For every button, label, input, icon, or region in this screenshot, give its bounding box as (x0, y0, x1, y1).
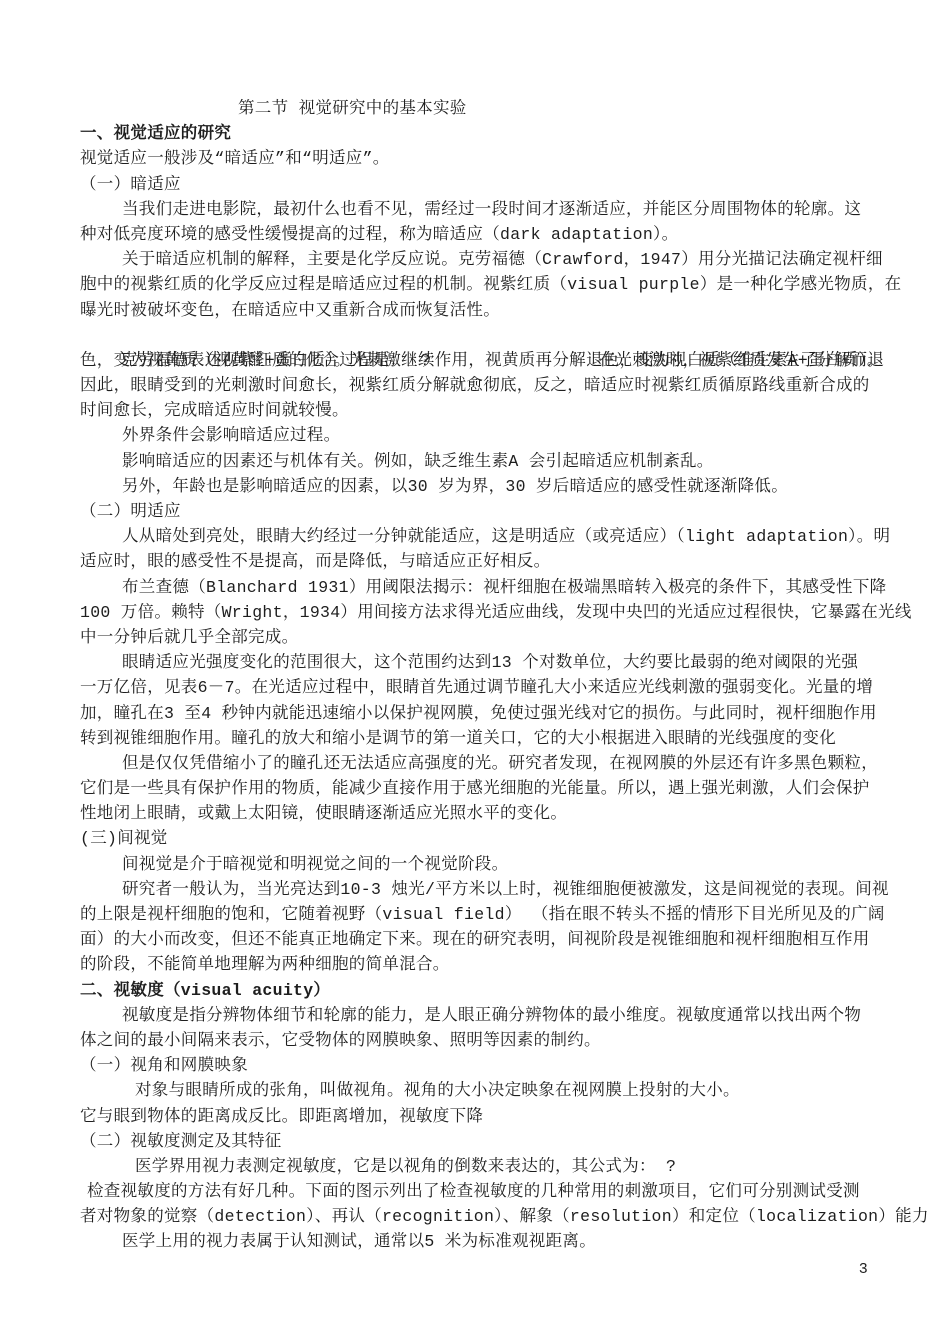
paragraph-line: 者对物象的觉察（detection）、再认（recognition）、解象（re… (80, 1204, 880, 1229)
paragraph-line: 人从暗处到亮处，眼睛大约经过一分钟就能适应，这是明适应（或亮适应）（light … (80, 524, 880, 549)
subheading-dark-adaptation: （一）暗适应 (80, 172, 880, 197)
paragraph-line-with-formula-gap: 克劳福德表述视紫红质的化合过程是：?在光刺激时，视紫红质发生了分解而退 (80, 323, 880, 348)
paragraph-line: 加，瞳孔在3 至4 秒钟内就能迅速缩小以保护视网膜，免使过强光线对它的损伤。与此… (80, 701, 880, 726)
paragraph-line: 的上限是视杆细胞的饱和，它随着视野（visual field） （指在眼不转头不… (80, 902, 880, 927)
paragraph-line: 的阶段，不能简单地理解为两种细胞的简单混合。 (80, 952, 880, 977)
subheading-acuity-measurement: （二）视敏度测定及其特征 (80, 1129, 880, 1154)
paragraph-line: 曝光时被破坏变色，在暗适应中又重新合成而恢复活性。 (80, 298, 880, 323)
paragraph-line: 另外，年龄也是影响暗适应的因素，以30 岁为界，30 岁后暗适应的感受性就逐渐降… (80, 474, 880, 499)
paragraph-line: 研究者一般认为，当光亮达到10-3 烛光/平方米以上时，视锥细胞便被激发，这是间… (80, 877, 880, 902)
subheading-mesopic-vision: (三)间视觉 (80, 826, 880, 851)
page-number: 3 (80, 1257, 880, 1282)
paragraph-line: 眼睛适应光强度变化的范围很大，这个范围约达到13 个对数单位，大约要比最弱的绝对… (80, 650, 880, 675)
paragraph-line: 100 万倍。赖特（Wright，1934）用间接方法求得光适应曲线，发现中央凹… (80, 600, 880, 625)
paragraph-line: 间视觉是介于暗视觉和明视觉之间的一个视觉阶段。 (80, 852, 880, 877)
paragraph-line: 面）的大小而改变，但还不能真正地确定下来。现在的研究表明，间视阶段是视锥细胞和视… (80, 927, 880, 952)
subheading-light-adaptation: （二）明适应 (80, 499, 880, 524)
paragraph-line: 转到视锥细胞作用。瞳孔的放大和缩小是调节的第一道关口，它的大小根据进入眼睛的光线… (80, 726, 880, 751)
paragraph-line: 种对低亮度环境的感受性缓慢提高的过程，称为暗适应（dark adaptation… (80, 222, 880, 247)
paragraph-line: 因此，眼睛受到的光刺激时间愈长，视紫红质分解就愈彻底，反之，暗适应时视紫红质循原… (80, 373, 880, 398)
paragraph-line: 对象与眼睛所成的张角，叫做视角。视角的大小决定映象在视网膜上投射的大小。 (80, 1078, 880, 1103)
subheading-visual-angle: （一）视角和网膜映象 (80, 1053, 880, 1078)
paragraph-line: 色，变为视黄质（视黄醛+蛋白质）。光刺激继续作用，视黄质再分解退色，变为视白质（… (80, 348, 880, 373)
paragraph-line: 胞中的视紫红质的化学反应过程是暗适应过程的机制。视紫红质（visual purp… (80, 272, 880, 297)
paragraph-line: 适应时，眼的感受性不是提高，而是降低，与暗适应正好相反。 (80, 549, 880, 574)
paragraph-line: 体之间的最小间隔来表示，它受物体的网膜映象、照明等因素的制约。 (80, 1028, 880, 1053)
paragraph-line: 但是仅仅凭借缩小了的瞳孔还无法适应高强度的光。研究者发现，在视网膜的外层还有许多… (80, 751, 880, 776)
paragraph-line: 它与眼到物体的距离成反比。即距离增加，视敏度下降 (80, 1104, 880, 1129)
paragraph-line: 一万亿倍，见表6－7。在光适应过程中，眼睛首先通过调节瞳孔大小来适应光线刺激的强… (80, 675, 880, 700)
paragraph-line: 检查视敏度的方法有好几种。下面的图示列出了检查视敏度的几种常用的刺激项目，它们可… (80, 1179, 880, 1204)
paragraph-line: 视敏度是指分辨物体细节和轮廓的能力，是人眼正确分辨物体的最小维度。视敏度通常以找… (80, 1003, 880, 1028)
document-page: 第二节 视觉研究中的基本实验 一、视觉适应的研究 视觉适应一般涉及“暗适应”和“… (0, 0, 880, 1282)
paragraph-line: 影响暗适应的因素还与机体有关。例如，缺乏维生素A 会引起暗适应机制紊乱。 (80, 449, 880, 474)
paragraph-line: 医学界用视力表测定视敏度，它是以视角的倒数来表达的，其公式为： ? (80, 1154, 880, 1179)
paragraph-line: 视觉适应一般涉及“暗适应”和“明适应”。 (80, 146, 880, 171)
paragraph-line: 性地闭上眼睛，或戴上太阳镜，使眼睛逐渐适应光照水平的变化。 (80, 801, 880, 826)
paragraph-line: 布兰查德（Blanchard 1931）用阈限法揭示：视杆细胞在极端黑暗转入极亮… (80, 575, 880, 600)
paragraph-line: 当我们走进电影院，最初什么也看不见，需经过一段时间才逐渐适应，并能区分周围物体的… (80, 197, 880, 222)
paragraph-line: 关于暗适应机制的解释，主要是化学反应说。克劳福德（Crawford，1947）用… (80, 247, 880, 272)
paragraph-line: 时间愈长，完成暗适应时间就较慢。 (80, 398, 880, 423)
paragraph-line: 中一分钟后就几乎全部完成。 (80, 625, 880, 650)
paragraph-line: 医学上用的视力表属于认知测试，通常以5 米为标准观视距离。 (80, 1229, 880, 1254)
heading-level1-visual-adaptation: 一、视觉适应的研究 (80, 121, 880, 146)
section-title: 第二节 视觉研究中的基本实验 (80, 96, 880, 121)
heading-level1-visual-acuity: 二、视敏度（visual acuity） (80, 978, 880, 1003)
paragraph-line: 它们是一些具有保护作用的物质，能减少直接作用于感光细胞的光能量。所以，遇上强光刺… (80, 776, 880, 801)
paragraph-line: 外界条件会影响暗适应过程。 (80, 423, 880, 448)
